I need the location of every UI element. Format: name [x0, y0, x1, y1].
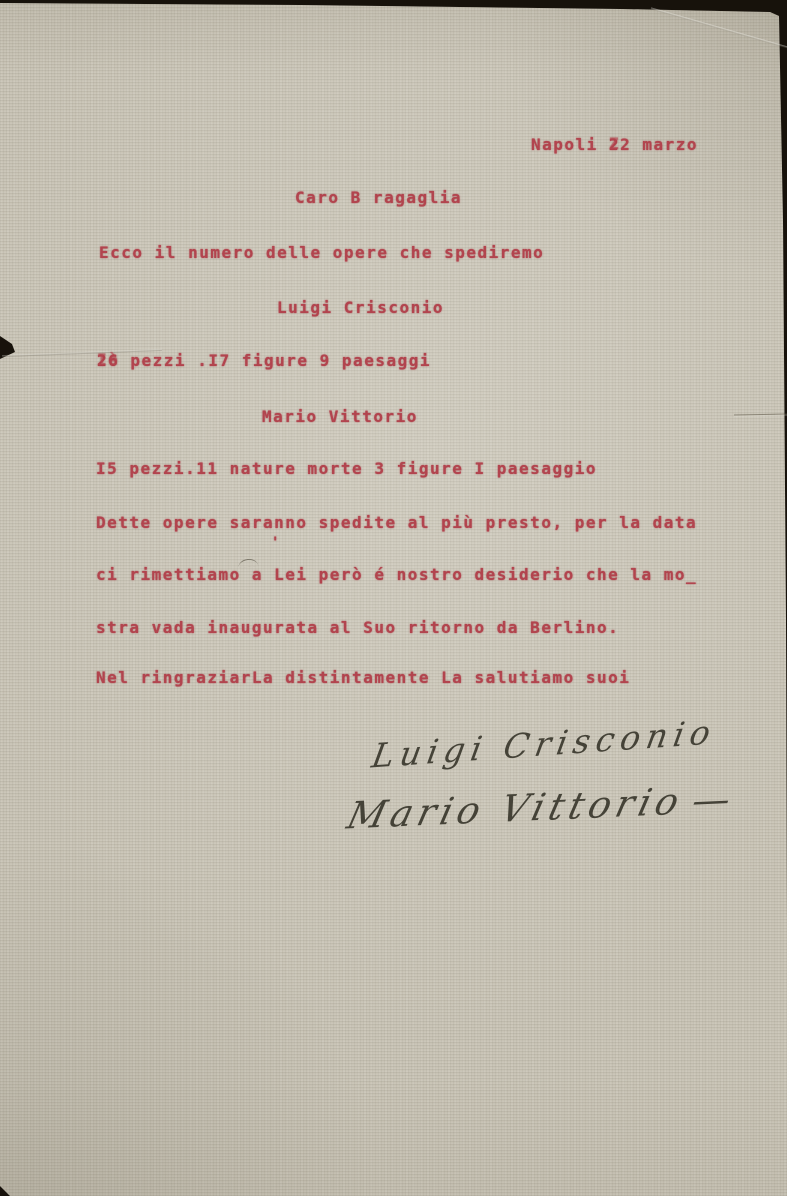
typed-closing-line: Nel ringraziarLa distintamente La saluti…: [96, 669, 630, 687]
typed-artist2-name: Mario Vittorio: [262, 408, 418, 426]
typed-body-line-3: stra vada inaugurata al Suo ritorno da B…: [96, 619, 619, 637]
typed-body-line-2: ci rimettiamo a Lei però é nostro deside…: [96, 566, 697, 584]
typed-artist1-name: Luigi Crisconio: [277, 299, 444, 317]
typed-date-overstrike: Z: [609, 135, 620, 153]
typed-body-line-1: Dette opere saranno spedite al più prest…: [96, 514, 697, 532]
typed-salutation: Caro B ragaglia: [295, 189, 462, 207]
letter-paper-sheet: [0, 0, 787, 1196]
typed-artist2-works: I5 pezzi.11 nature morte 3 figure I paes…: [96, 460, 597, 478]
typed-stray-apostrophe: ': [271, 534, 281, 552]
typed-intro-line: Ecco il numero delle opere che spediremo: [99, 244, 544, 262]
typed-artist1-works: 26 pezzi .I7 figure 9 paesaggi: [97, 352, 431, 370]
typed-artist1-works-overstrike: Iè: [97, 351, 119, 369]
